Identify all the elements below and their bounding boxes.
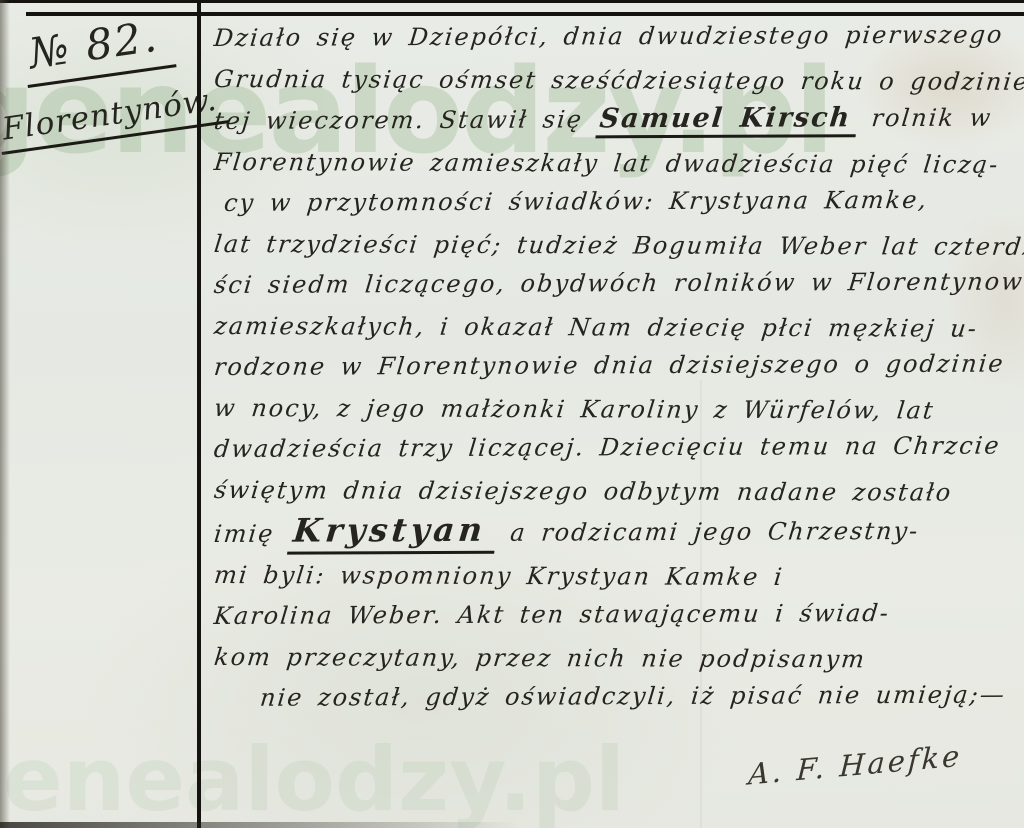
line-text: Grudnia tysiąc ośmset sześćdziesiątego r… [213, 65, 1024, 96]
line-text: dwadzieścia trzy liczącej. Dziecięciu te… [213, 432, 1002, 463]
line-text: rolnik w [856, 104, 994, 133]
child-name: Krystyan [287, 511, 498, 555]
top-horizontal-rule [26, 12, 1024, 16]
record-line: rodzone w Florentynowie dnia dzisiejszeg… [212, 343, 1024, 388]
line-text: imię [213, 520, 291, 548]
line-text: mi byli: wspomniony Krystyan Kamke i [213, 561, 785, 591]
line-text: ści siedm liczącego, obydwóch rolników w… [213, 267, 1024, 299]
line-text: nie został, gdyż oświadczyli, iż pisać n… [259, 681, 1008, 712]
page-bottom-edge-shadow [0, 822, 520, 828]
page-left-edge-shadow [0, 0, 10, 828]
line-text: a rodzicami jego Chrzestny- [494, 517, 920, 547]
record-line: nie został, gdyż oświadczyli, iż pisać n… [212, 674, 1024, 719]
line-text: lat trzydzieści pięć; tudzież Bogumiła W… [213, 230, 1024, 261]
line-text: Florentynowie zamieszkały lat dwadzieści… [213, 148, 1001, 179]
line-text: kom przeczytany, przez nich nie podpisan… [213, 643, 868, 673]
record-line: tej wieczorem. Stawił się Samuel Kirsch … [212, 96, 1024, 142]
record-line: imię Krystyan a rodzicami jego Chrzestny… [212, 507, 1024, 555]
record-line: cy w przytomności świadków: Krystyana Ka… [212, 179, 1024, 224]
line-text: świętym dnia dzisiejszego odbytym nadane… [213, 476, 954, 507]
record-line: Działo się w Dziepółci, dnia dwudziesteg… [212, 14, 1024, 59]
registrar-signature: A. F. Haefke [748, 739, 964, 792]
line-text: tej wieczorem. Stawił się [213, 105, 599, 135]
watermark-text-faint: genealodzy.pl [0, 728, 625, 828]
margin-vertical-rule [197, 0, 201, 828]
register-page: genealodzy.pl genealodzy.pl № 82. Floren… [0, 0, 1024, 828]
record-line: Karolina Weber. Akt ten stawającemu i św… [212, 592, 1024, 637]
father-name: Samuel Kirsch [596, 102, 859, 138]
line-text: Karolina Weber. Akt ten stawającemu i św… [213, 599, 892, 630]
record-body: Działo się w Dziepółci, dnia dwudziesteg… [212, 18, 1024, 719]
line-text: cy w przytomności świadków: Krystyana Ka… [223, 186, 930, 217]
line-text: rodzone w Florentynowie dnia dzisiejszeg… [213, 350, 1006, 381]
record-line: dwadzieścia trzy liczącej. Dziecięciu te… [212, 425, 1024, 470]
page-top-edge-line [0, 0, 1024, 3]
line-text: zamieszkałych, i okazał Nam dziecię płci… [213, 312, 980, 343]
record-line: ści siedm liczącego, obydwóch rolników w… [212, 261, 1024, 306]
line-text: Działo się w Dziepółci, dnia dwudziesteg… [213, 21, 1005, 52]
line-text: w nocy, z jego małżonki Karoliny z Würfe… [213, 394, 936, 425]
